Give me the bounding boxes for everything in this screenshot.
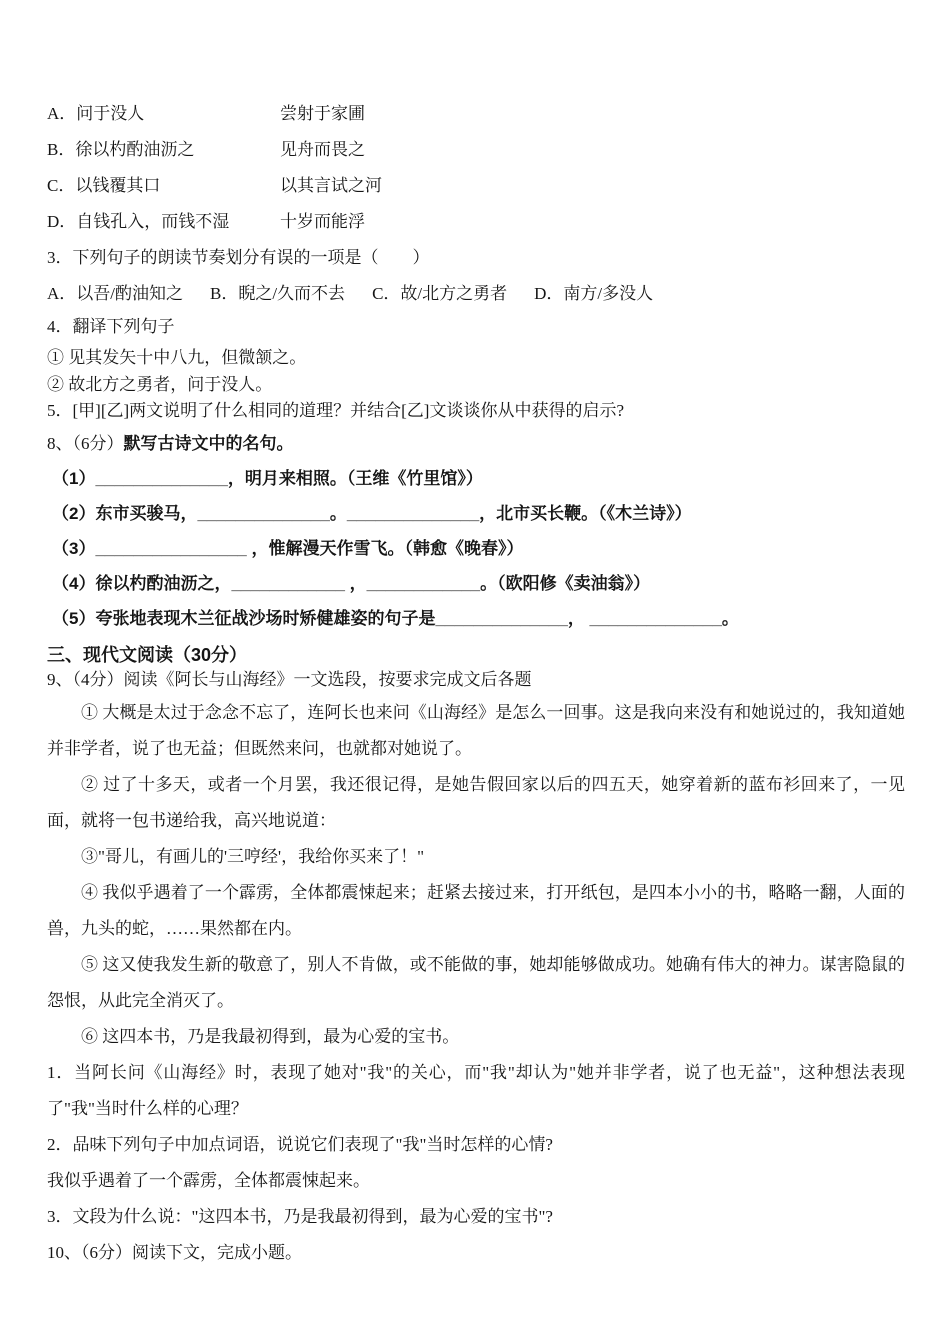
q4-item-1: ① 见其发矢十中八九，但微颔之。 <box>47 347 905 369</box>
q9-stem: 9、（4分）阅读《阿长与山海经》一文选段，按要求完成文后各题 <box>47 669 905 691</box>
option-a-left: A．问于没人 <box>47 103 280 125</box>
q10-stem: 10、（6分）阅读下文，完成小题。 <box>47 1235 905 1271</box>
q8-blank-item-2: （2）东市买骏马，______________。______________，北… <box>47 503 905 525</box>
q8-blank-item-1: （1）______________，明月来相照。（王维《竹里馆》） <box>47 468 905 490</box>
option-d-left: D．自钱孔入，而钱不湿 <box>47 211 280 233</box>
q3-options-row: A．以吾/酌油知之 B．睨之/久而不去 C．故/北方之勇者 D．南方/多没人 <box>47 283 905 305</box>
option-row-c: C．以钱覆其口 以其言试之河 <box>47 175 905 197</box>
option-row-a: A．问于没人 尝射于家圃 <box>47 103 905 125</box>
option-b-left: B．徐以杓酌油沥之 <box>47 139 280 161</box>
q3-option-d: D．南方/多没人 <box>534 283 653 305</box>
q3-option-c: C．故/北方之勇者 <box>372 283 507 305</box>
q5-stem: 5．[甲][乙]两文说明了什么相同的道理？并结合[乙]文谈谈你从中获得的启示? <box>47 400 905 422</box>
q8-title: 默写古诗文中的名句。 <box>124 434 294 453</box>
q9-sub-question-3: 3．文段为什么说："这四本书，乃是我最初得到，最为心爱的宝书"? <box>47 1199 905 1235</box>
q9-quoted-sentence: 我似乎遇着了一个霹雳，全体都震悚起来。 <box>47 1163 905 1199</box>
option-row-b: B．徐以杓酌油沥之 见舟而畏之 <box>47 139 905 161</box>
q4-item-2: ② 故北方之勇者，问于没人。 <box>47 374 905 396</box>
q8-blank-item-3: （3）________________ ，惟解漫天作雪飞。（韩愈《晚春》） <box>47 538 905 560</box>
q3-stem: 3．下列句子的朗读节奏划分有误的一项是（ ） <box>47 247 905 269</box>
option-a-right: 尝射于家圃 <box>280 103 365 125</box>
exam-page: A．问于没人 尝射于家圃 B．徐以杓酌油沥之 见舟而畏之 C．以钱覆其口 以其言… <box>0 0 950 1344</box>
q3-option-b: B．睨之/久而不去 <box>210 283 345 305</box>
passage-paragraph-1: ① 大概是太过于念念不忘了，连阿长也来问《山海经》是怎么一回事。这是我向来没有和… <box>47 695 905 767</box>
option-row-d: D．自钱孔入，而钱不湿 十岁而能浮 <box>47 211 905 233</box>
option-c-left: C．以钱覆其口 <box>47 175 280 197</box>
option-c-right: 以其言试之河 <box>280 175 382 197</box>
q9-passage: ① 大概是太过于念念不忘了，连阿长也来问《山海经》是怎么一回事。这是我向来没有和… <box>47 695 905 1055</box>
option-d-right: 十岁而能浮 <box>280 211 365 233</box>
q8-stem: 8、（6分）默写古诗文中的名句。 <box>47 433 905 455</box>
q9-sub-question-1: 1．当阿长问《山海经》时，表现了她对"我"的关心，而"我"却认为"她并非学者，说… <box>47 1055 905 1127</box>
q9-sub-question-2: 2．品味下列句子中加点词语，说说它们表现了"我"当时怎样的心情? <box>47 1127 905 1163</box>
q4-stem: 4．翻译下列句子 <box>47 316 905 338</box>
q8-items-block: （1）______________，明月来相照。（王维《竹里馆》） （2）东市买… <box>47 468 905 630</box>
passage-paragraph-6: ⑥ 这四本书，乃是我最初得到，最为心爱的宝书。 <box>47 1019 905 1055</box>
q2-options-block: A．问于没人 尝射于家圃 B．徐以杓酌油沥之 见舟而畏之 C．以钱覆其口 以其言… <box>47 103 905 233</box>
passage-paragraph-5: ⑤ 这又使我发生新的敬意了，别人不肯做，或不能做的事，她却能够做成功。她确有伟大… <box>47 947 905 1019</box>
passage-paragraph-4: ④ 我似乎遇着了一个霹雳，全体都震悚起来；赶紧去接过来，打开纸包，是四本小小的书… <box>47 875 905 947</box>
passage-paragraph-3: ③"哥儿，有画儿的'三哼经'，我给你买来了！" <box>47 839 905 875</box>
section3-heading: 三、现代文阅读（30分） <box>47 643 905 667</box>
q8-blank-item-5: （5）夸张地表现木兰征战沙场时矫健雄姿的句子是______________， _… <box>47 608 905 630</box>
passage-paragraph-2: ② 过了十多天，或者一个月罢，我还很记得，是她告假回家以后的四五天，她穿着新的蓝… <box>47 767 905 839</box>
q3-option-a: A．以吾/酌油知之 <box>47 283 183 305</box>
q8-number: 8、（6分） <box>47 434 124 453</box>
option-b-right: 见舟而畏之 <box>280 139 365 161</box>
q8-blank-item-4: （4）徐以杓酌油沥之，____________ ，____________。（欧… <box>47 573 905 595</box>
